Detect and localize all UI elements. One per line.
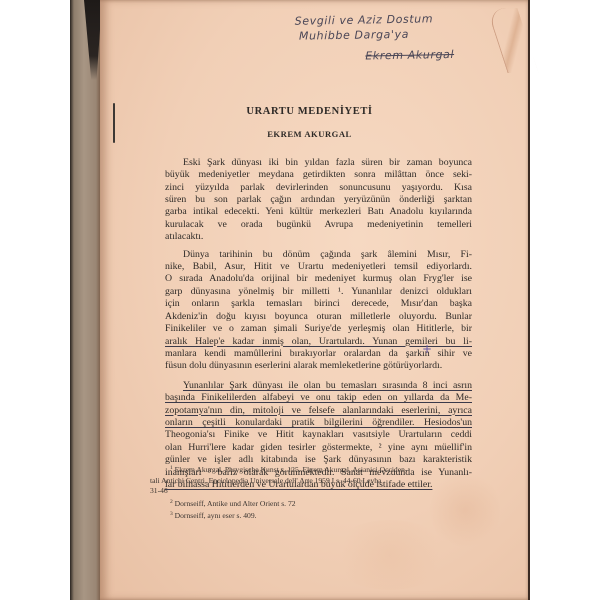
- footnote-marker: 3: [170, 511, 173, 517]
- footnote-marker: 1: [170, 465, 173, 471]
- paragraph-1: Eski Şark dünyası iki bin yıldan fazla s…: [147, 157, 472, 244]
- text-line: kurulacak ve orada bugünkü Avrupa medeni…: [147, 219, 472, 231]
- text-line: garp dünyasına yönelmiş bir milletti ¹. …: [147, 286, 472, 298]
- text-line: zinci yüzyılda parlak devirlerinden sonu…: [147, 182, 472, 194]
- article-author: EKREM AKURGAL: [147, 128, 472, 140]
- handwritten-inscription: Sevgili ve Aziz Dostum Muhibbe Darga'ya …: [295, 10, 496, 64]
- footnote-text: Ekrem Akurgal, Phrygische Kunst s. 125. …: [175, 465, 408, 474]
- text-line-underlined: onların çeşitli konulardaki pratik bilgi…: [147, 417, 472, 429]
- article-body: URARTU MEDENİYETİ EKREM AKURGAL Eski Şar…: [147, 106, 472, 491]
- margin-pencil-mark: [113, 103, 115, 143]
- text-line: nike, Babil, Asur, Hitit ve Urartu meden…: [147, 261, 472, 273]
- text-line: Eski Şark dünyası iki bin yıldan fazla s…: [147, 157, 472, 169]
- text-line: Theogonia'sı Finike ve Hitit kaynakları …: [147, 429, 472, 441]
- footnote-1: 1 Ekrem Akurgal, Phrygische Kunst s. 125…: [150, 463, 470, 476]
- footnote-1-continued: 31-46: [150, 486, 470, 497]
- footnote-2: 2 Dornseiff, Antike und Alter Orient s. …: [150, 497, 470, 510]
- text-line: O sırada Anadolu'da orijinal bir medeniy…: [147, 273, 472, 285]
- footnote-text: tali Antichi Centri, Enciclopedia Univer…: [150, 476, 381, 485]
- page-edge: [528, 0, 530, 600]
- article-title: URARTU MEDENİYETİ: [147, 106, 472, 118]
- inscription-line-2: Muhibbe Darga'ya: [295, 25, 495, 43]
- footnote-3: 3 Dornseiff, aynı eser s. 409.: [150, 509, 470, 522]
- footnote-text: 31-46: [150, 486, 168, 495]
- text-line: garba intikal edecekti. Yeni kültür merk…: [147, 206, 472, 218]
- text-line-underlined: zopotamya'nın din, mitoloji ve felsefe a…: [147, 405, 472, 417]
- text-line: süren bu son parlak çağın ardından yeryü…: [147, 194, 472, 206]
- footnote-text: Dornseiff, Antike und Alter Orient s. 72: [175, 499, 296, 508]
- text-line: atılacaktı.: [147, 231, 472, 243]
- text-line-underlined: başında Finikelilerden alfabeyi ve onu t…: [147, 392, 472, 404]
- text-line: Dünya tarihinin bu dönüm çağında şark âl…: [147, 249, 472, 261]
- text-line: büyük medeniyetler meydana getirdikten s…: [147, 169, 472, 181]
- text-line: Akdeniz'in doğu kıyısı boyunca oturan mi…: [147, 311, 472, 323]
- text-line: füsun dolu dünyasının eserlerini alarak …: [147, 360, 472, 372]
- footnote-1-continued: tali Antichi Centri, Enciclopedia Univer…: [150, 476, 470, 487]
- text-line: için onların şarkla temasları birinci de…: [147, 298, 472, 310]
- footnote-text: Dornseiff, aynı eser s. 409.: [175, 511, 257, 520]
- footnote-marker: 2: [170, 499, 173, 505]
- text-line: olan Hurri'lere kadar giden tesirler gös…: [147, 442, 472, 454]
- text-line-underlined: Yunanlılar Şark dünyası ile olan bu tema…: [147, 380, 472, 392]
- text-line: Finikeliler ve o zaman şimali Suriye'de …: [147, 323, 472, 335]
- margin-annotation-plus: +: [422, 342, 432, 356]
- footnotes: 1 Ekrem Akurgal, Phrygische Kunst s. 125…: [150, 463, 470, 522]
